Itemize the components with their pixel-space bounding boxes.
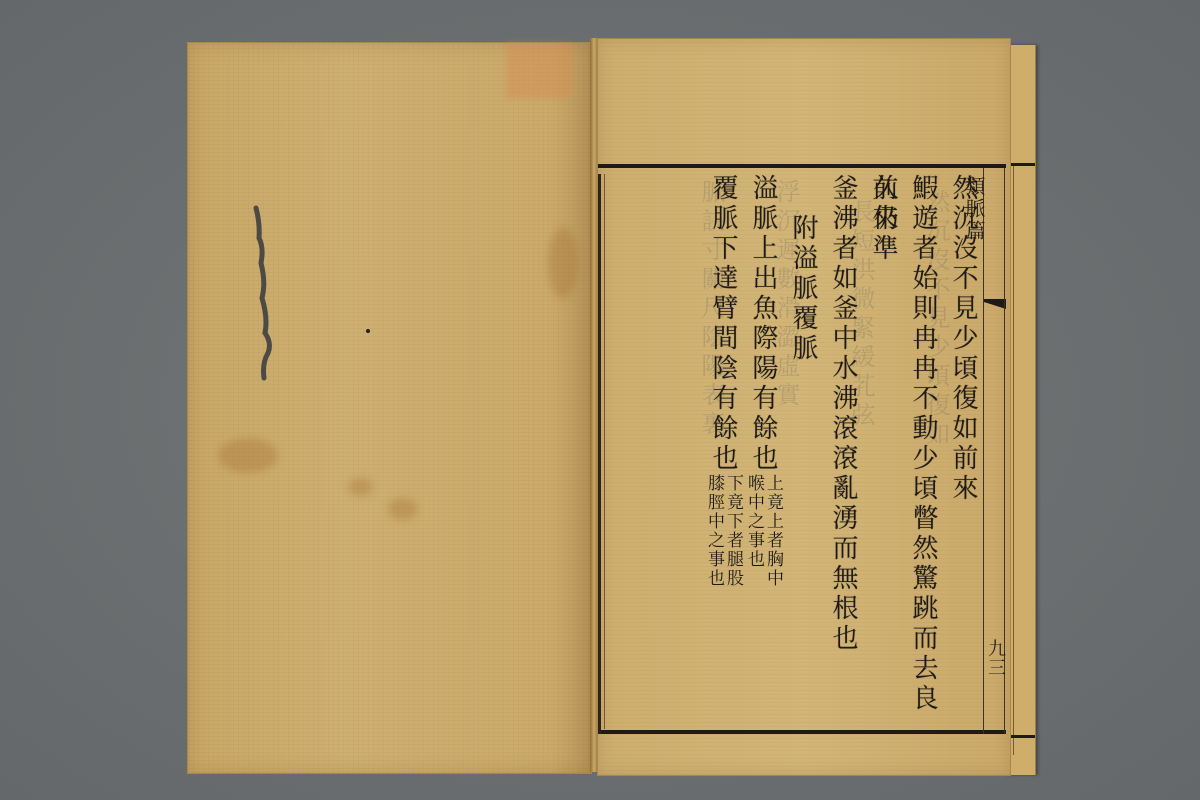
text-column: 鰕遊者始則冉冉不動少頃瞥然驚跳而去良久仍準 [903,174,943,734]
text-columns: 然沉沒不見少頃復如前來 鰕遊者始則冉冉不動少頃瞥然驚跳而去良久仍準 前來 釜沸者… [688,174,983,734]
text-column-with-notes: 溢脈上出魚際陽有餘也 上竟上者胸中 喉中之事也 [743,174,783,734]
annotation-right: 下竟下者腿股 [723,474,742,588]
water-stain [348,478,373,496]
text-column-with-notes: 覆脈下達臂間陰有餘也 下竟下者腿股 膝脛中之事也 [703,174,743,734]
fishtail-mark [984,299,1006,309]
text-column: 溢脈上出魚際陽有餘也 [743,174,783,474]
annotation-right: 上竟上者胸中 [763,474,782,588]
folio-number: 九三 [982,639,1008,677]
annotation-left: 膝脛中之事也 [704,474,723,588]
text-column: 然沉沒不見少頃復如前來 [943,174,983,734]
left-page [187,42,592,774]
text-column: 覆脈下達臂間陰有餘也 [703,174,743,474]
text-column: 釜沸者如釜中水沸滾滾亂湧而無根也 [823,174,863,734]
seal-stamp [506,43,572,98]
section-heading-column: 附溢脈覆脈 [783,174,823,774]
ink-stroke-mark [250,203,280,383]
right-page: 脈訣寸關尺陰陽表裏 浮沉遲數滑澀虛實 長短洪微緊緩芤弦 然沉沒不見少頃復如 類脈… [597,38,1011,776]
water-stain [388,498,418,520]
water-stain [218,438,278,473]
water-stain [548,228,578,298]
annotation-left: 喉中之事也 [744,474,763,588]
